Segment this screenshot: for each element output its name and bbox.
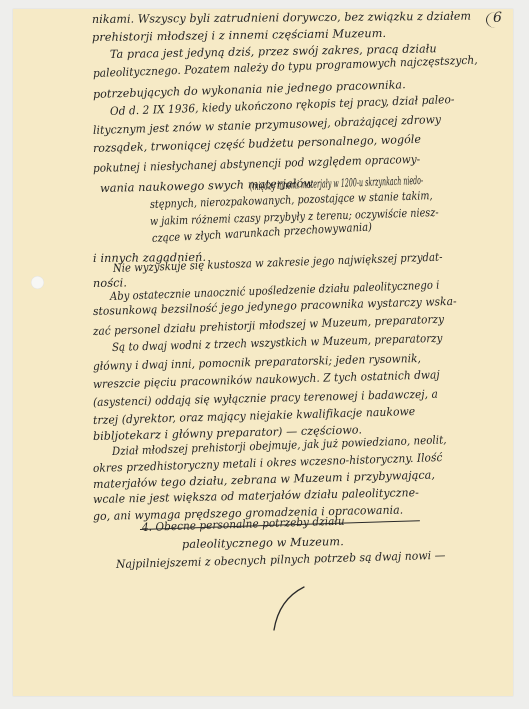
- text-line: nikami. Wszyscy byli zatrudnieni dorywcz…: [92, 10, 471, 26]
- handwritten-text: nikami. Wszyscy byli zatrudnieni dorywcz…: [0, 0, 529, 709]
- text-line: ności.: [93, 276, 127, 290]
- text-line-final: Najpilniejszemi z obecnych pilnych potrz…: [116, 549, 446, 571]
- pen-stroke-mark: [270, 585, 310, 635]
- text-line: prehistorji młodszej i z innemi częściam…: [92, 27, 386, 44]
- text-line: trzej (dyrektor, oraz mający niejakie kw…: [93, 405, 416, 427]
- text-line: rozsądek, trwoniącej część budżetu perso…: [93, 133, 421, 155]
- section-heading-continued: paleolitycznego w Muzeum.: [182, 535, 344, 551]
- text-line: pokutnej i niesłychanej abstynencji pod …: [93, 153, 421, 175]
